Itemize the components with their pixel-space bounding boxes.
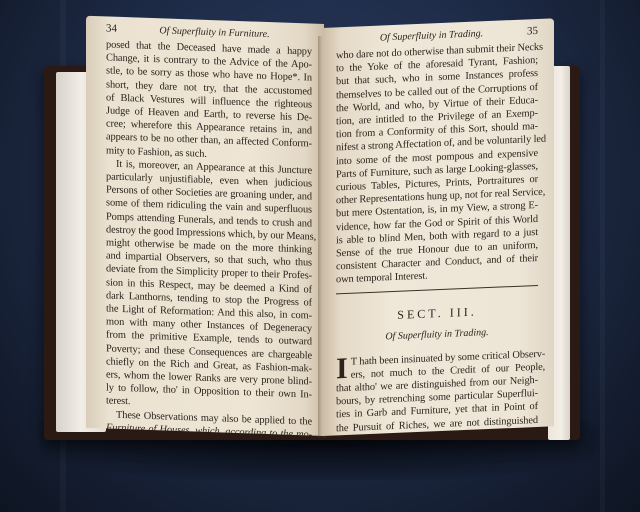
page-number: 34 [106, 22, 117, 34]
page-number: 35 [527, 25, 538, 37]
drop-cap: I [336, 356, 348, 383]
left-page: 34 Of Superfluity in Furniture. posed th… [86, 16, 324, 436]
right-page: Of Superfluity in Trading. 35 who dare n… [322, 18, 554, 436]
fabric-fold [600, 0, 605, 512]
section-body-text: that altho' we are distinguished from ou… [336, 374, 538, 436]
right-body-text: who dare not do otherwise than submit th… [336, 41, 538, 287]
section-divider [336, 285, 538, 294]
left-body-text: posed that the Deceased have made a happ… [106, 38, 312, 436]
section-heading: SECT. III. [336, 302, 538, 325]
section-subheading: Of Superfluity in Trading. [336, 325, 538, 344]
